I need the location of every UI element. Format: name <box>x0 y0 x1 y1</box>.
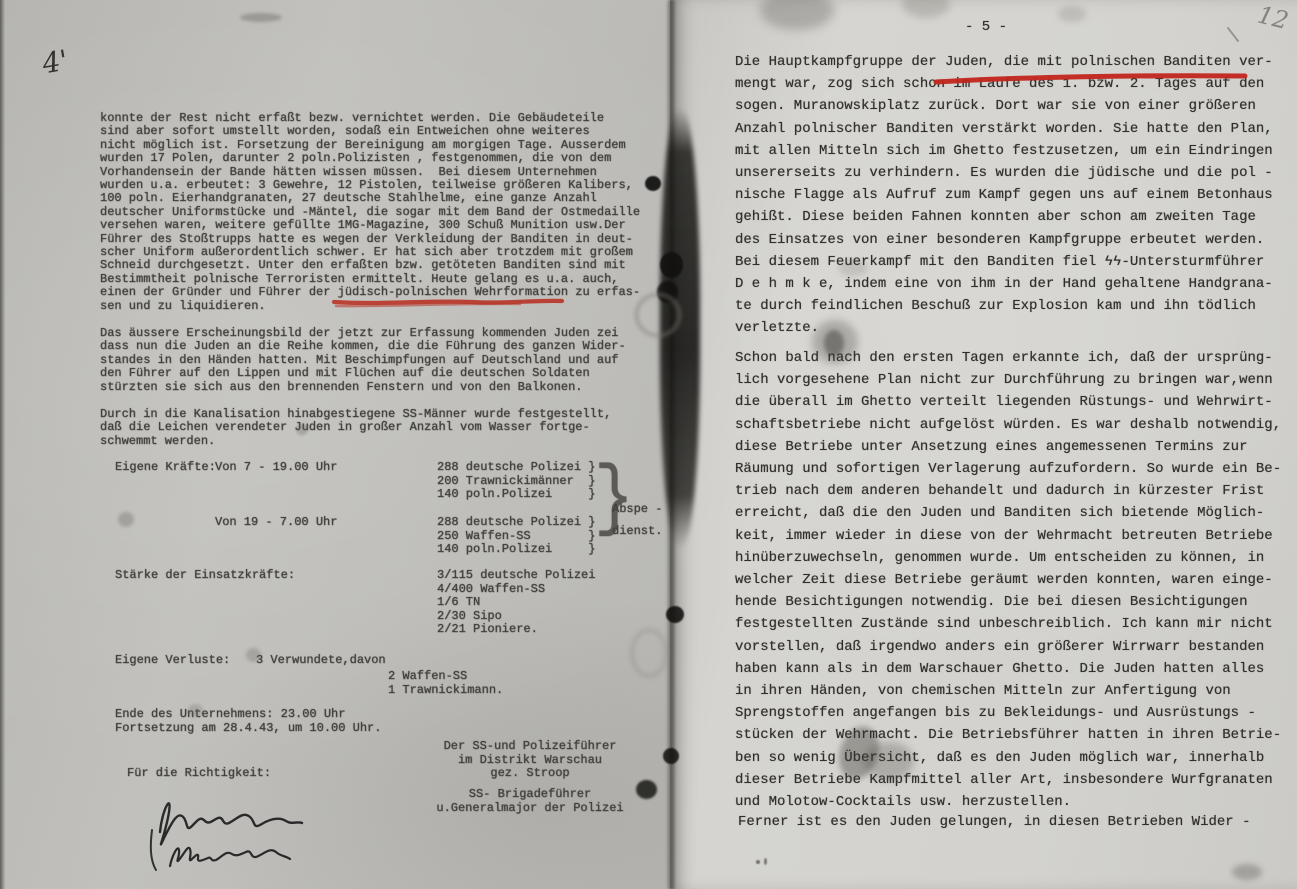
closing-lines: Ende des Unternehmens: 23.00 Uhr Fortset… <box>115 708 381 735</box>
forces-shift1-time: Von 7 - 19.00 Uhr <box>215 461 337 474</box>
losses-value: 3 Verwundete,davon <box>256 654 386 667</box>
page-gutter-shadow <box>660 108 700 548</box>
forces-shift2-units: 288 deutsche Polizei } 250 Waffen-SS } 1… <box>437 516 595 557</box>
page-edge-shadow <box>0 0 5 889</box>
losses-detail: 2 Waffen-SS 1 Trawnickimann. <box>388 669 503 697</box>
officer-block: Der SS-und Polizeiführer im Distrikt War… <box>420 740 640 781</box>
certification-label: Für die Richtigkeit: <box>127 767 271 780</box>
forces-shift2-time: Von 19 - 7.00 Uhr <box>215 516 337 529</box>
paragraph-ferner: Ferner ist es den Juden gelungen, in die… <box>738 811 1250 833</box>
strength-units: 3/115 deutsche Polizei 4/400 Waffen-SS 1… <box>437 569 595 637</box>
forces-label: Eigene Kräfte: <box>115 461 216 474</box>
page-number: - 5 - <box>965 16 1007 38</box>
document-scan: konnte der Rest nicht erfaßt bezw. verni… <box>0 0 1297 889</box>
paragraph-plan-factories: Schon bald nach den ersten Tagen erkannt… <box>735 347 1281 813</box>
paragraph-sewers: Durch in die Kanalisation hinabgestiegen… <box>100 408 611 448</box>
forces-shift1-units: 288 deutsche Polizei } 200 Trawnickimänn… <box>437 461 595 502</box>
forces-brace-note: Abspe - dienst. <box>612 498 662 542</box>
losses-label: Eigene Verluste: <box>115 654 230 667</box>
paragraph-main-combat-group: Die Hauptkampfgruppe der Juden, die mit … <box>735 51 1273 340</box>
paragraph-appearance: Das äussere Erscheinungsbild der jetzt z… <box>100 327 626 394</box>
strength-label: Stärke der Einsatzkräfte: <box>115 569 295 582</box>
officer-rank-block: SS- Brigadeführer u.Generalmajor der Pol… <box>420 788 640 815</box>
paragraph-capture-report: konnte der Rest nicht erfaßt bezw. verni… <box>100 112 640 313</box>
